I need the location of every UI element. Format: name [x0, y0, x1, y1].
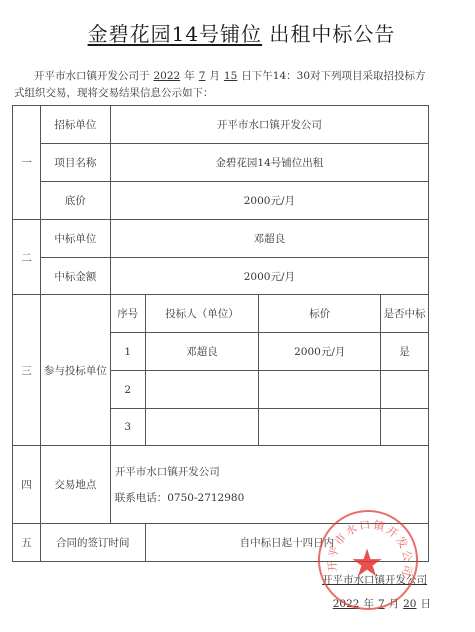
bidder-won — [381, 371, 429, 409]
row-label: 中标单位 — [40, 220, 110, 258]
col-header-no: 序号 — [110, 295, 145, 333]
table-row: 项目名称 金碧花园14号铺位出租 — [13, 144, 429, 182]
row-value: 2000元/月 — [110, 182, 428, 220]
row-value: 邓超良 — [110, 220, 428, 258]
signature-date: 2022年7月20日 — [318, 592, 431, 616]
bidder-price: 2000元/月 — [259, 333, 381, 371]
contact-phone: 联系电话：0750-2712980 — [115, 485, 428, 511]
bidder-no: 3 — [110, 409, 145, 446]
section-number: 二 — [13, 220, 41, 295]
bidder-won: 是 — [381, 333, 429, 371]
location-value: 开平市水口镇开发公司 联系电话：0750-2712980 — [110, 446, 428, 524]
section-number: 三 — [13, 295, 41, 446]
row-label: 中标金额 — [40, 258, 110, 295]
bidder-name: 邓超良 — [145, 333, 259, 371]
signature-org: 开平市水口镇开发公司 — [318, 568, 431, 592]
table-row: 四 交易地点 开平市水口镇开发公司 联系电话：0750-2712980 — [13, 446, 429, 524]
notice-title: 金碧花园14号铺位 出租中标公告 — [0, 18, 475, 47]
table-row: 二 中标单位 邓超良 — [13, 220, 429, 258]
row-label: 交易地点 — [40, 446, 110, 524]
section-number: 五 — [13, 524, 41, 562]
row-value: 开平市水口镇开发公司 — [110, 106, 428, 144]
table-row: 五 合同的签订时间 自中标日起十四日内 — [13, 524, 429, 562]
title-suffix: 出租中标公告 — [269, 22, 395, 46]
row-label: 合同的签订时间 — [40, 524, 145, 562]
title-project: 金碧花园14号铺位 — [80, 22, 262, 46]
table-row: 一 招标单位 开平市水口镇开发公司 — [13, 106, 429, 144]
row-label: 参与投标单位 — [40, 295, 110, 446]
bidder-won — [381, 409, 429, 446]
row-label: 底价 — [40, 182, 110, 220]
row-value: 自中标日起十四日内 — [145, 524, 428, 562]
result-table: 一 招标单位 开平市水口镇开发公司 项目名称 金碧花园14号铺位出租 底价 20… — [12, 105, 429, 562]
bidder-price — [259, 409, 381, 446]
row-value: 金碧花园14号铺位出租 — [110, 144, 428, 182]
col-header-price: 标价 — [259, 295, 381, 333]
location-name: 开平市水口镇开发公司 — [115, 459, 428, 485]
table-row: 底价 2000元/月 — [13, 182, 429, 220]
bidder-name — [145, 409, 259, 446]
row-label: 项目名称 — [40, 144, 110, 182]
intro-paragraph: 开平市水口镇开发公司于2022年7月15日下午14：30对下列项目采取招投标方式… — [14, 68, 434, 102]
signature-block: 开平市水口镇开发公司 2022年7月20日 — [318, 568, 431, 616]
col-header-won: 是否中标 — [381, 295, 429, 333]
bidder-no: 2 — [110, 371, 145, 409]
bidder-price — [259, 371, 381, 409]
section-number: 一 — [13, 106, 41, 220]
bidder-no: 1 — [110, 333, 145, 371]
table-row: 中标金额 2000元/月 — [13, 258, 429, 295]
row-value: 2000元/月 — [110, 258, 428, 295]
row-label: 招标单位 — [40, 106, 110, 144]
bidder-name — [145, 371, 259, 409]
section-number: 四 — [13, 446, 41, 524]
table-row: 三 参与投标单位 序号 投标人（单位） 标价 是否中标 — [13, 295, 429, 333]
col-header-bidder: 投标人（单位） — [145, 295, 259, 333]
